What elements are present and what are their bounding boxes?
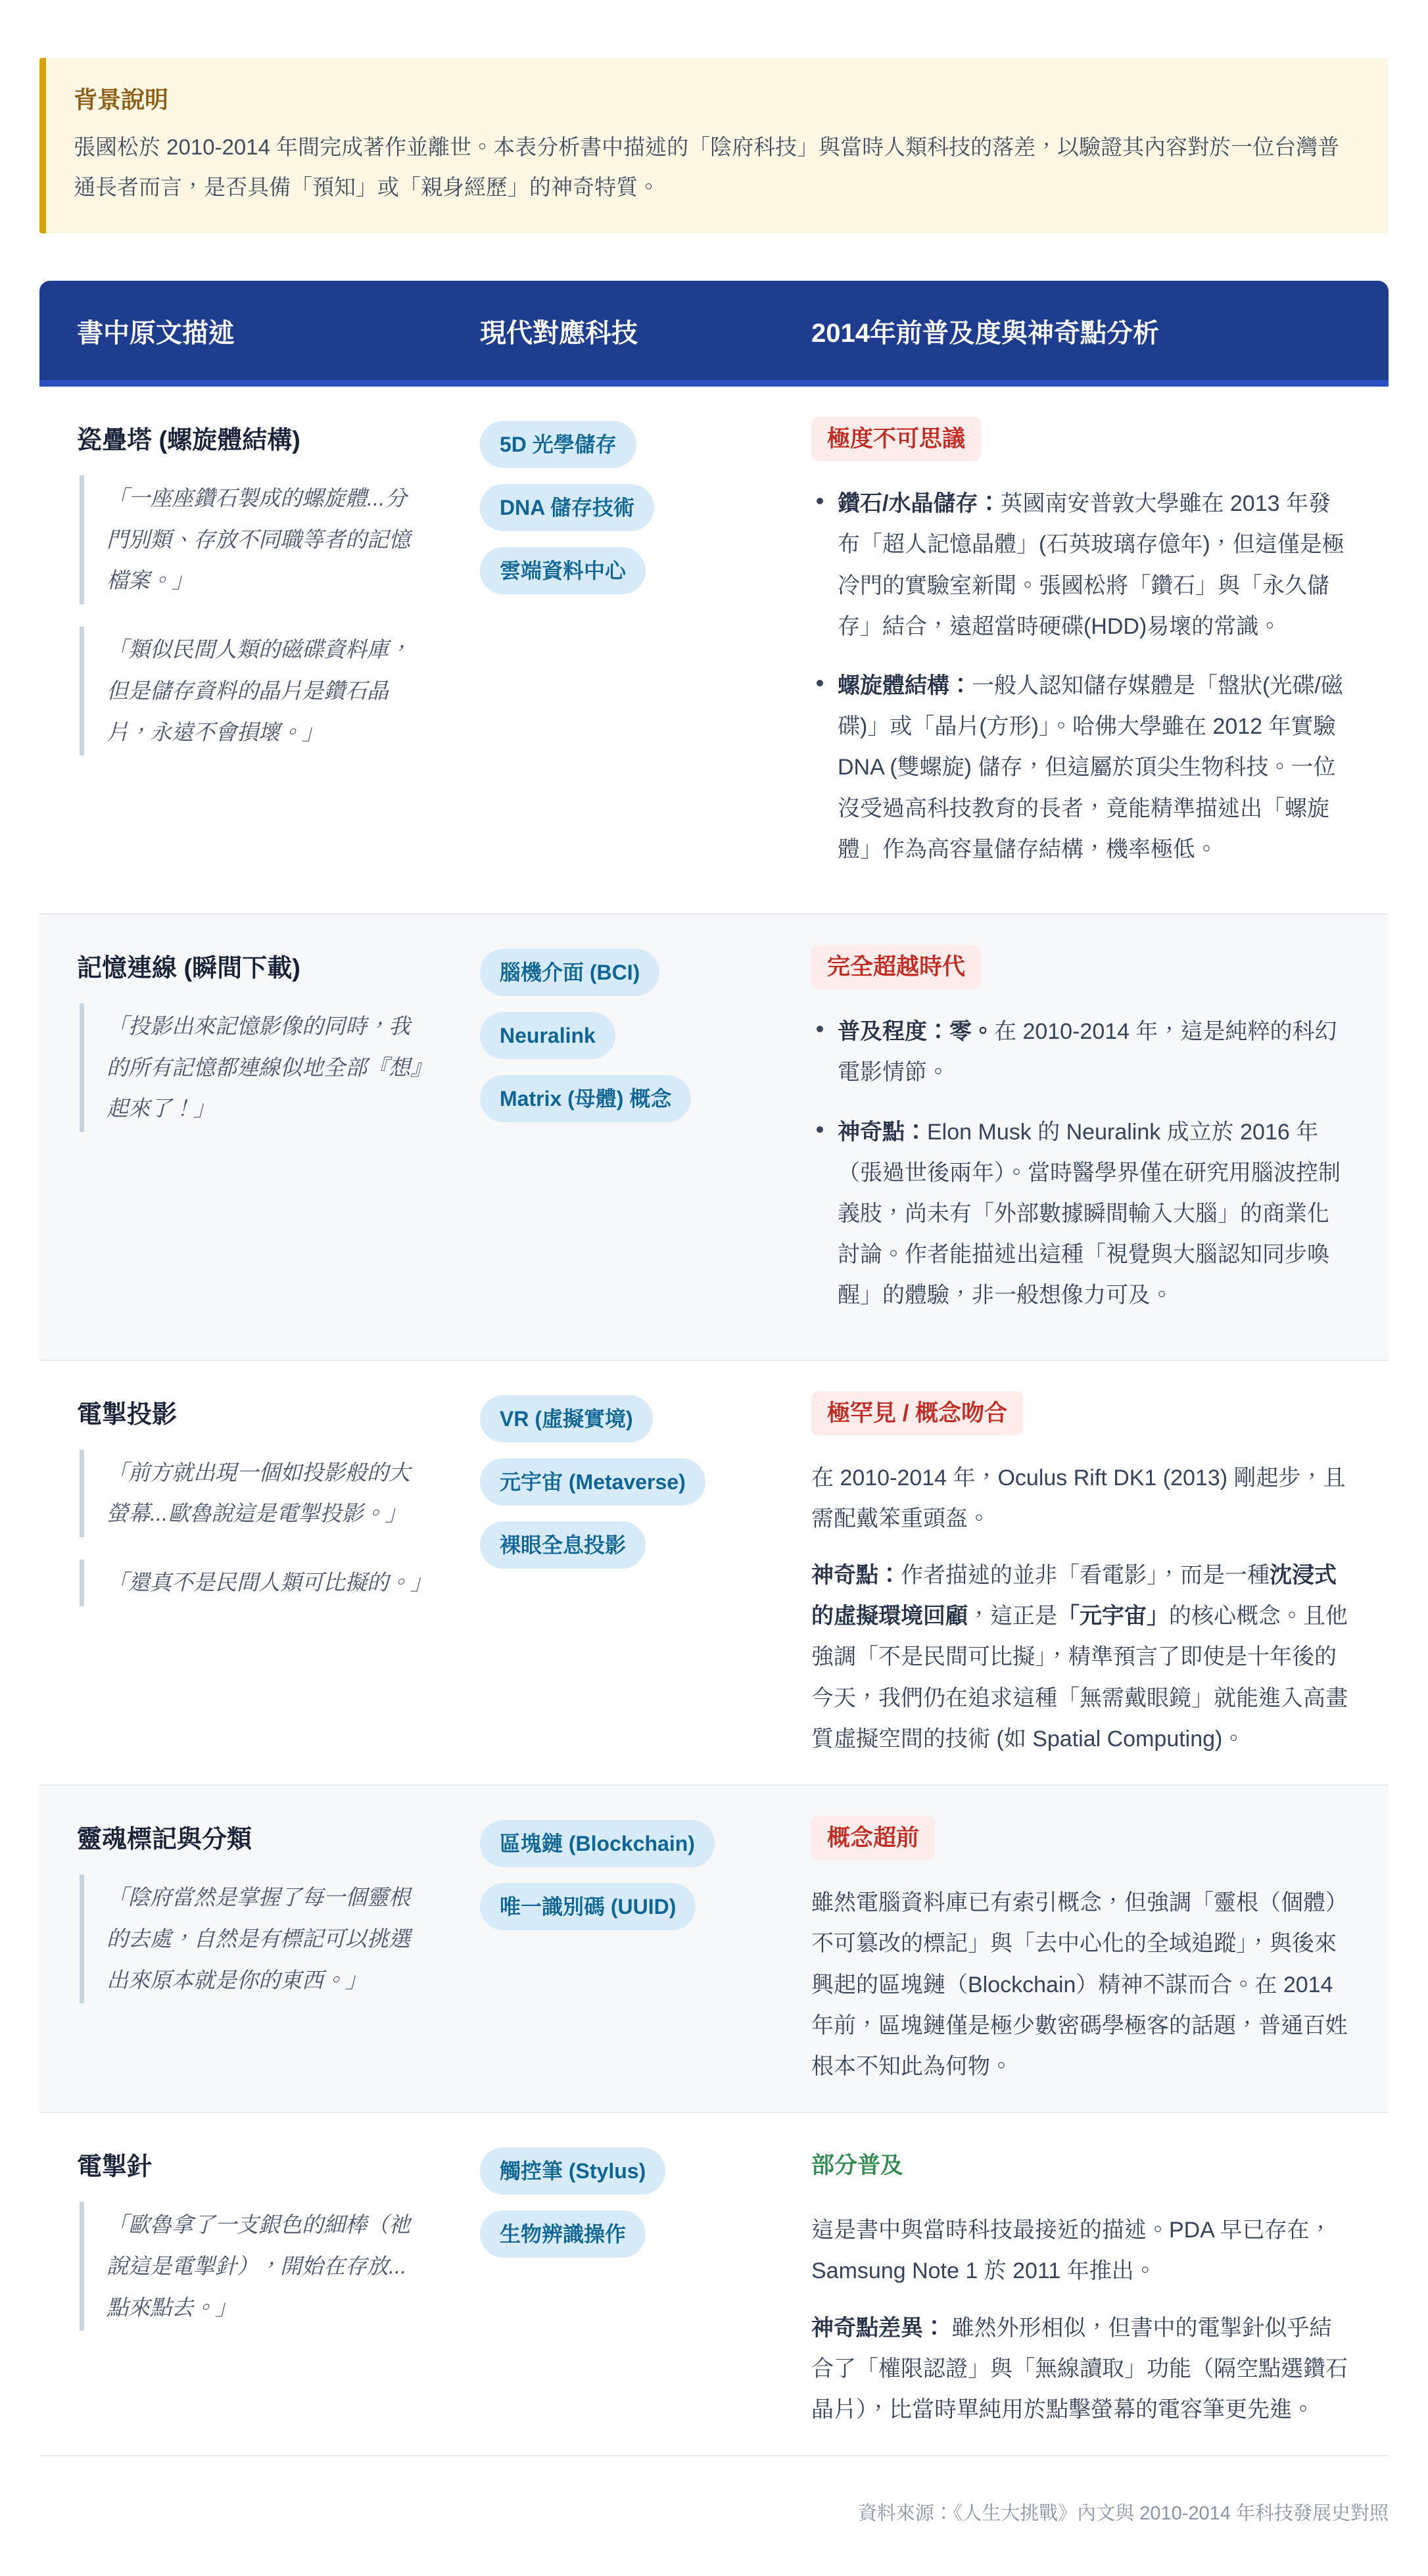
table-row: 記憶連線 (瞬間下載) 「投影出來記憶影像的同時，我的所有記憶都連線似地全部『想… xyxy=(39,915,1389,1361)
analysis-content: 鑽石/水晶儲存：英國南安普敦大學雖在 2013 年發布「超人記憶晶體」(石英玻璃… xyxy=(811,483,1349,870)
book-term-title: 靈魂標記與分類 xyxy=(77,1819,425,1855)
book-term-title: 電掣針 xyxy=(77,2146,425,2182)
analysis-cell: 概念超前 雖然電腦資料庫已有索引概念，但強調「靈根（個體）不可篡改的標記」與「去… xyxy=(790,1816,1389,2087)
analysis-cell: 極罕見 / 概念吻合 在 2010-2014 年，Oculus Rift DK1… xyxy=(790,1391,1389,1760)
analysis-cell: 完全超越時代 普及程度：零。在 2010-2014 年，這是純粹的科幻電影情節。… xyxy=(790,945,1389,1335)
analysis-content: 這是書中與當時科技最接近的描述。PDA 早已存在，Samsung Note 1 … xyxy=(811,2210,1349,2430)
tech-pill: 雲端資料中心 xyxy=(480,547,646,594)
source-note: 資料來源：《人生大挑戰》內文與 2010-2014 年科技發展史對照 xyxy=(39,2498,1389,2525)
quote-list: 「前方就出現一個如投影般的大螢幕...歐魯說這是電掣投影。」「還真不是民間人類可… xyxy=(77,1450,425,1606)
quote-list: 「歐魯拿了一支銀色的細棒（祂說這是電掣針），開始在存放...點來點去。」 xyxy=(77,2202,425,2331)
book-quote: 「陰府當然是掌握了每一個靈根的去處，自然是有標記可以挑選出來原本就是你的東西。」 xyxy=(80,1874,425,2003)
tech-pill-list: VR (虛擬實境)元宇宙 (Metaverse)裸眼全息投影 xyxy=(451,1391,790,1760)
book-quote: 「一座座鑽石製成的螺旋體...分門別類、存放不同職等者的記憶檔案。」 xyxy=(80,475,425,604)
analysis-bullet: 鑽石/水晶儲存：英國南安普敦大學雖在 2013 年發布「超人記憶晶體」(石英玻璃… xyxy=(811,483,1349,647)
table-row: 靈魂標記與分類 「陰府當然是掌握了每一個靈根的去處，自然是有標記可以挑選出來原本… xyxy=(39,1786,1389,2113)
quote-list: 「一座座鑽石製成的螺旋體...分門別類、存放不同職等者的記憶檔案。」「類似民間人… xyxy=(77,475,425,755)
tech-pill: 裸眼全息投影 xyxy=(480,1521,646,1569)
tech-pill: 5D 光學儲存 xyxy=(480,421,636,468)
tech-pill: 元宇宙 (Metaverse) xyxy=(480,1458,705,1506)
tech-pill-list: 5D 光學儲存DNA 儲存技術雲端資料中心 xyxy=(451,417,790,888)
table-row: 電掣針 「歐魯拿了一支銀色的細棒（祂說這是電掣針），開始在存放...點來點去。」… xyxy=(39,2113,1389,2456)
book-quote: 「前方就出現一個如投影般的大螢幕...歐魯說這是電掣投影。」 xyxy=(80,1450,425,1537)
tech-pill-list: 腦機介面 (BCI)NeuralinkMatrix (母體) 概念 xyxy=(451,945,790,1335)
tech-pill: 生物辨識操作 xyxy=(480,2210,646,2258)
verdict-badge: 極度不可思議 xyxy=(811,417,981,461)
book-text-cell: 電掣投影 「前方就出現一個如投影般的大螢幕...歐魯說這是電掣投影。」「還真不是… xyxy=(39,1391,451,1760)
comparison-table: 書中原文描述 現代對應科技 2014年前普及度與神奇點分析 瓷疊塔 (螺旋體結構… xyxy=(39,281,1389,2456)
book-quote: 「投影出來記憶影像的同時，我的所有記憶都連線似地全部『想』起來了！」 xyxy=(80,1003,425,1132)
column-header-analysis: 2014年前普及度與神奇點分析 xyxy=(790,312,1389,350)
analysis-bullet: 神奇點：Elon Musk 的 Neuralink 成立於 2016 年（張過世… xyxy=(811,1112,1349,1316)
book-quote: 「類似民間人類的磁碟資料庫，但是儲存資料的晶片是鑽石晶片，永遠不會損壞。」 xyxy=(80,627,425,755)
book-term-title: 記憶連線 (瞬間下載) xyxy=(77,947,425,984)
column-header-modern-tech: 現代對應科技 xyxy=(451,312,790,350)
analysis-content: 在 2010-2014 年，Oculus Rift DK1 (2013) 剛起步… xyxy=(811,1458,1349,1760)
analysis-paragraph: 神奇點：作者描述的並非「看電影」，而是一種沈浸式的虛擬環境回顧，這正是「元宇宙」… xyxy=(811,1555,1349,1759)
table-body: 瓷疊塔 (螺旋體結構) 「一座座鑽石製成的螺旋體...分門別類、存放不同職等者的… xyxy=(39,387,1389,2456)
table-header-row: 書中原文描述 現代對應科技 2014年前普及度與神奇點分析 xyxy=(39,281,1389,380)
tech-pill: 唯一識別碼 (UUID) xyxy=(480,1883,696,1930)
book-text-cell: 瓷疊塔 (螺旋體結構) 「一座座鑽石製成的螺旋體...分門別類、存放不同職等者的… xyxy=(39,417,451,888)
book-text-cell: 記憶連線 (瞬間下載) 「投影出來記憶影像的同時，我的所有記憶都連線似地全部『想… xyxy=(39,945,451,1335)
analysis-paragraph: 神奇點差異： 雖然外形相似，但書中的電掣針似乎結合了「權限認證」與「無線讀取」功… xyxy=(811,2308,1349,2431)
book-text-cell: 電掣針 「歐魯拿了一支銀色的細棒（祂說這是電掣針），開始在存放...點來點去。」 xyxy=(39,2143,451,2430)
analysis-content: 普及程度：零。在 2010-2014 年，這是純粹的科幻電影情節。神奇點：Elo… xyxy=(811,1011,1349,1316)
tech-pill: Neuralink xyxy=(480,1012,615,1059)
quote-list: 「陰府當然是掌握了每一個靈根的去處，自然是有標記可以挑選出來原本就是你的東西。」 xyxy=(77,1874,425,2003)
tech-pill: 腦機介面 (BCI) xyxy=(480,949,659,996)
book-term-title: 瓷疊塔 (螺旋體結構) xyxy=(77,419,425,456)
tech-pill: VR (虛擬實境) xyxy=(480,1395,653,1443)
page: 背景說明 張國松於 2010-2014 年間完成著作並離世。本表分析書中描述的「… xyxy=(0,0,1428,2576)
verdict-badge: 概念超前 xyxy=(811,1816,935,1860)
background-note-title: 背景說明 xyxy=(74,82,1358,115)
table-row: 瓷疊塔 (螺旋體結構) 「一座座鑽石製成的螺旋體...分門別類、存放不同職等者的… xyxy=(39,387,1389,915)
analysis-paragraph: 在 2010-2014 年，Oculus Rift DK1 (2013) 剛起步… xyxy=(811,1458,1349,1539)
verdict-badge: 完全超越時代 xyxy=(811,945,981,989)
tech-pill: Matrix (母體) 概念 xyxy=(480,1075,691,1122)
verdict-badge: 部分普及 xyxy=(811,2143,903,2187)
analysis-cell: 極度不可思議 鑽石/水晶儲存：英國南安普敦大學雖在 2013 年發布「超人記憶晶… xyxy=(790,417,1389,888)
book-term-title: 電掣投影 xyxy=(77,1394,425,1430)
table-row: 電掣投影 「前方就出現一個如投影般的大螢幕...歐魯說這是電掣投影。」「還真不是… xyxy=(39,1361,1389,1786)
background-note-box: 背景說明 張國松於 2010-2014 年間完成著作並離世。本表分析書中描述的「… xyxy=(39,58,1389,233)
analysis-paragraph: 這是書中與當時科技最接近的描述。PDA 早已存在，Samsung Note 1 … xyxy=(811,2210,1349,2291)
table-header-accent-strip xyxy=(39,380,1389,387)
background-note-body: 張國松於 2010-2014 年間完成著作並離世。本表分析書中描述的「陰府科技」… xyxy=(74,127,1358,207)
tech-pill: DNA 儲存技術 xyxy=(480,484,654,531)
analysis-bullet: 普及程度：零。在 2010-2014 年，這是純粹的科幻電影情節。 xyxy=(811,1011,1349,1093)
analysis-cell: 部分普及 這是書中與當時科技最接近的描述。PDA 早已存在，Samsung No… xyxy=(790,2143,1389,2430)
analysis-content: 雖然電腦資料庫已有索引概念，但強調「靈根（個體）不可篡改的標記」與「去中心化的全… xyxy=(811,1882,1349,2087)
analysis-paragraph: 雖然電腦資料庫已有索引概念，但強調「靈根（個體）不可篡改的標記」與「去中心化的全… xyxy=(811,1882,1349,2087)
verdict-badge: 極罕見 / 概念吻合 xyxy=(811,1391,1023,1435)
tech-pill: 區塊鏈 (Blockchain) xyxy=(480,1820,715,1867)
book-quote: 「還真不是民間人類可比擬的。」 xyxy=(80,1560,425,1606)
analysis-bullet: 螺旋體結構：一般人認知儲存媒體是「盤狀(光碟/磁碟)」或「晶片(方形)」。哈佛大… xyxy=(811,665,1349,870)
tech-pill-list: 區塊鏈 (Blockchain)唯一識別碼 (UUID) xyxy=(451,1816,790,2087)
quote-list: 「投影出來記憶影像的同時，我的所有記憶都連線似地全部『想』起來了！」 xyxy=(77,1003,425,1132)
column-header-book-text: 書中原文描述 xyxy=(39,312,451,350)
tech-pill-list: 觸控筆 (Stylus)生物辨識操作 xyxy=(451,2143,790,2430)
book-quote: 「歐魯拿了一支銀色的細棒（祂說這是電掣針），開始在存放...點來點去。」 xyxy=(80,2202,425,2331)
book-text-cell: 靈魂標記與分類 「陰府當然是掌握了每一個靈根的去處，自然是有標記可以挑選出來原本… xyxy=(39,1816,451,2087)
tech-pill: 觸控筆 (Stylus) xyxy=(480,2147,665,2195)
